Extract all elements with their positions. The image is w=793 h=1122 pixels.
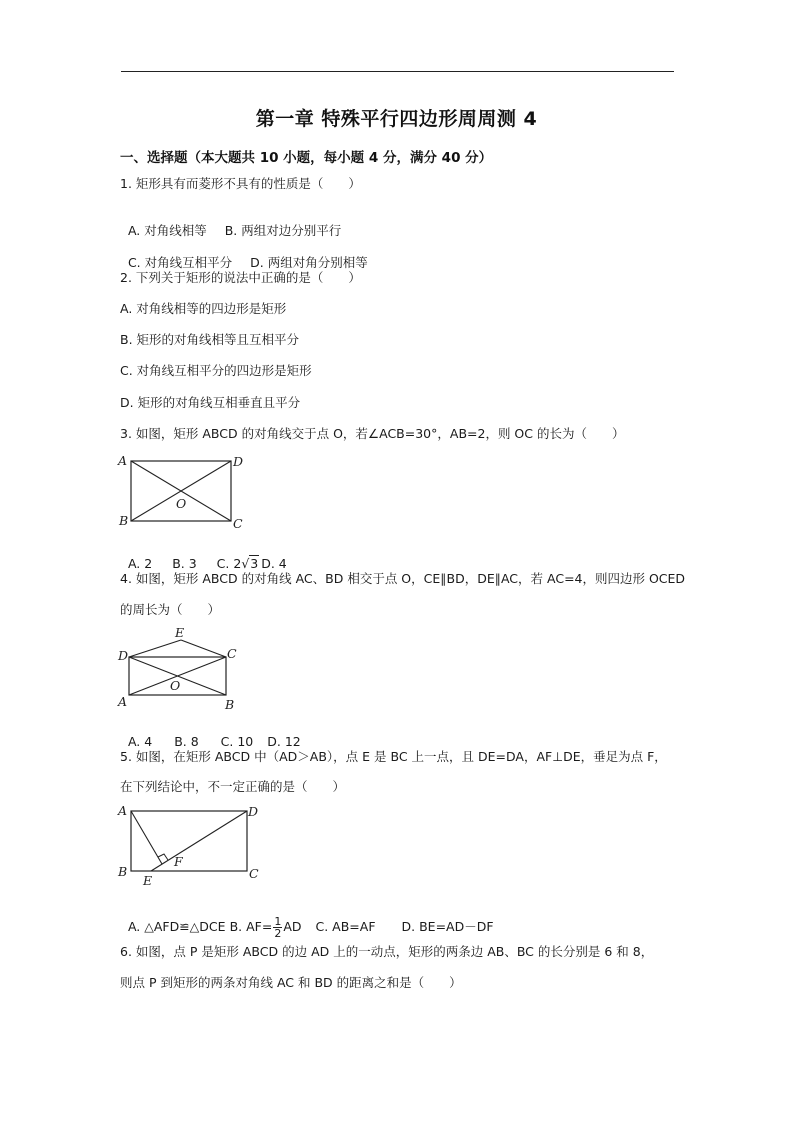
- question-2-option-b: B. 矩形的对角线相等且互相平分: [120, 332, 299, 348]
- question-5-option-d: D. BE=AD－DF: [402, 919, 494, 934]
- question-5-option-b: B. AF=12AD: [230, 919, 302, 934]
- question-4-stem-line-1: 4. 如图，矩形 ABCD 的对角线 AC、BD 相交于点 O，CE∥BD，DE…: [120, 571, 685, 587]
- question-3-option-b: B. 3: [172, 556, 196, 571]
- question-3-option-a: A. 2: [128, 556, 152, 571]
- question-3-options: A. 2B. 3C. 2√3D. 4: [120, 540, 287, 572]
- question-4-option-d: D. 12: [267, 734, 300, 749]
- question-5-stem-line-2: 在下列结论中，不一定正确的是（ ）: [120, 779, 345, 795]
- rectangle-rhombus-diagram: E D C A B O: [112, 622, 242, 712]
- question-4-option-a: A. 4: [128, 734, 152, 749]
- question-1-option-c: C. 对角线互相平分: [128, 255, 232, 270]
- label-b: B: [117, 864, 127, 879]
- label-c: C: [249, 866, 259, 881]
- label-a: A: [117, 694, 127, 709]
- rectangle-perpendicular-diagram: A D B C E F: [112, 800, 272, 890]
- section-heading: 一、选择题（本大题共 10 小题，每小题 4 分，满分 40 分）: [120, 146, 492, 166]
- page-title: 第一章 特殊平行四边形周周测 4: [0, 104, 793, 131]
- label-b: B: [118, 513, 128, 528]
- question-4-stem-line-2: 的周长为（ ）: [120, 602, 220, 618]
- question-4-figure: E D C A B O: [112, 622, 242, 716]
- question-6-stem-line-2: 则点 P 到矩形的两条对角线 AC 和 BD 的距离之和是（ ）: [120, 975, 462, 991]
- label-d: D: [232, 454, 243, 469]
- question-1-stem: 1. 矩形具有而菱形不具有的性质是（ ）: [120, 176, 361, 192]
- label-d: D: [117, 648, 128, 663]
- label-c: C: [227, 646, 237, 661]
- question-2-stem: 2. 下列关于矩形的说法中正确的是（ ）: [120, 270, 361, 286]
- question-2-option-d: D. 矩形的对角线互相垂直且平分: [120, 395, 300, 411]
- fraction-one-half: 12: [273, 916, 282, 939]
- question-2-option-a: A. 对角线相等的四边形是矩形: [120, 301, 286, 317]
- question-3-stem: 3. 如图，矩形 ABCD 的对角线交于点 O，若∠ACB=30°，AB=2，则…: [120, 426, 624, 442]
- question-1-option-d: D. 两组对角分别相等: [250, 255, 368, 270]
- question-5-stem-line-1: 5. 如图，在矩形 ABCD 中（AD＞AB），点 E 是 BC 上一点，且 D…: [120, 749, 667, 765]
- label-a: A: [117, 453, 127, 468]
- rectangle-diagonals-diagram: A D B C O: [112, 450, 252, 532]
- question-2-option-c: C. 对角线互相平分的四边形是矩形: [120, 363, 312, 379]
- question-4-options: A. 4B. 8C. 10D. 12: [120, 718, 301, 750]
- question-3-option-c: C. 2√3: [217, 556, 260, 571]
- label-d: D: [247, 804, 258, 819]
- label-a: A: [117, 803, 127, 818]
- question-4-option-b: B. 8: [174, 734, 198, 749]
- label-c: C: [233, 516, 243, 531]
- question-1-option-a: A. 对角线相等: [128, 223, 207, 238]
- question-5-option-a: A. △AFD≌△DCE: [128, 919, 226, 934]
- question-1-option-b: B. 两组对边分别平行: [225, 223, 342, 238]
- sqrt-symbol: √3: [241, 556, 259, 572]
- question-3-option-d: D. 4: [261, 556, 287, 571]
- label-f: F: [173, 854, 184, 869]
- question-4-option-c: C. 10: [221, 734, 254, 749]
- label-e: E: [142, 873, 152, 888]
- question-5-options: A. △AFD≌△DCEB. AF=12ADC. AB=AFD. BE=AD－D…: [120, 900, 494, 939]
- header-rule: [121, 71, 674, 72]
- question-1-options-row-2: C. 对角线互相平分D. 两组对角分别相等: [120, 239, 368, 271]
- label-e: E: [174, 625, 184, 640]
- question-5-option-c: C. AB=AF: [316, 919, 376, 934]
- question-3-figure: A D B C O: [112, 450, 252, 536]
- question-1-options-row-1: A. 对角线相等B. 两组对边分别平行: [120, 207, 341, 239]
- label-o: O: [176, 496, 186, 511]
- question-6-stem-line-1: 6. 如图，点 P 是矩形 ABCD 的边 AD 上的一动点，矩形的两条边 AB…: [120, 944, 653, 960]
- label-b: B: [224, 697, 234, 712]
- label-o: O: [170, 678, 180, 693]
- question-5-figure: A D B C E F: [112, 800, 272, 894]
